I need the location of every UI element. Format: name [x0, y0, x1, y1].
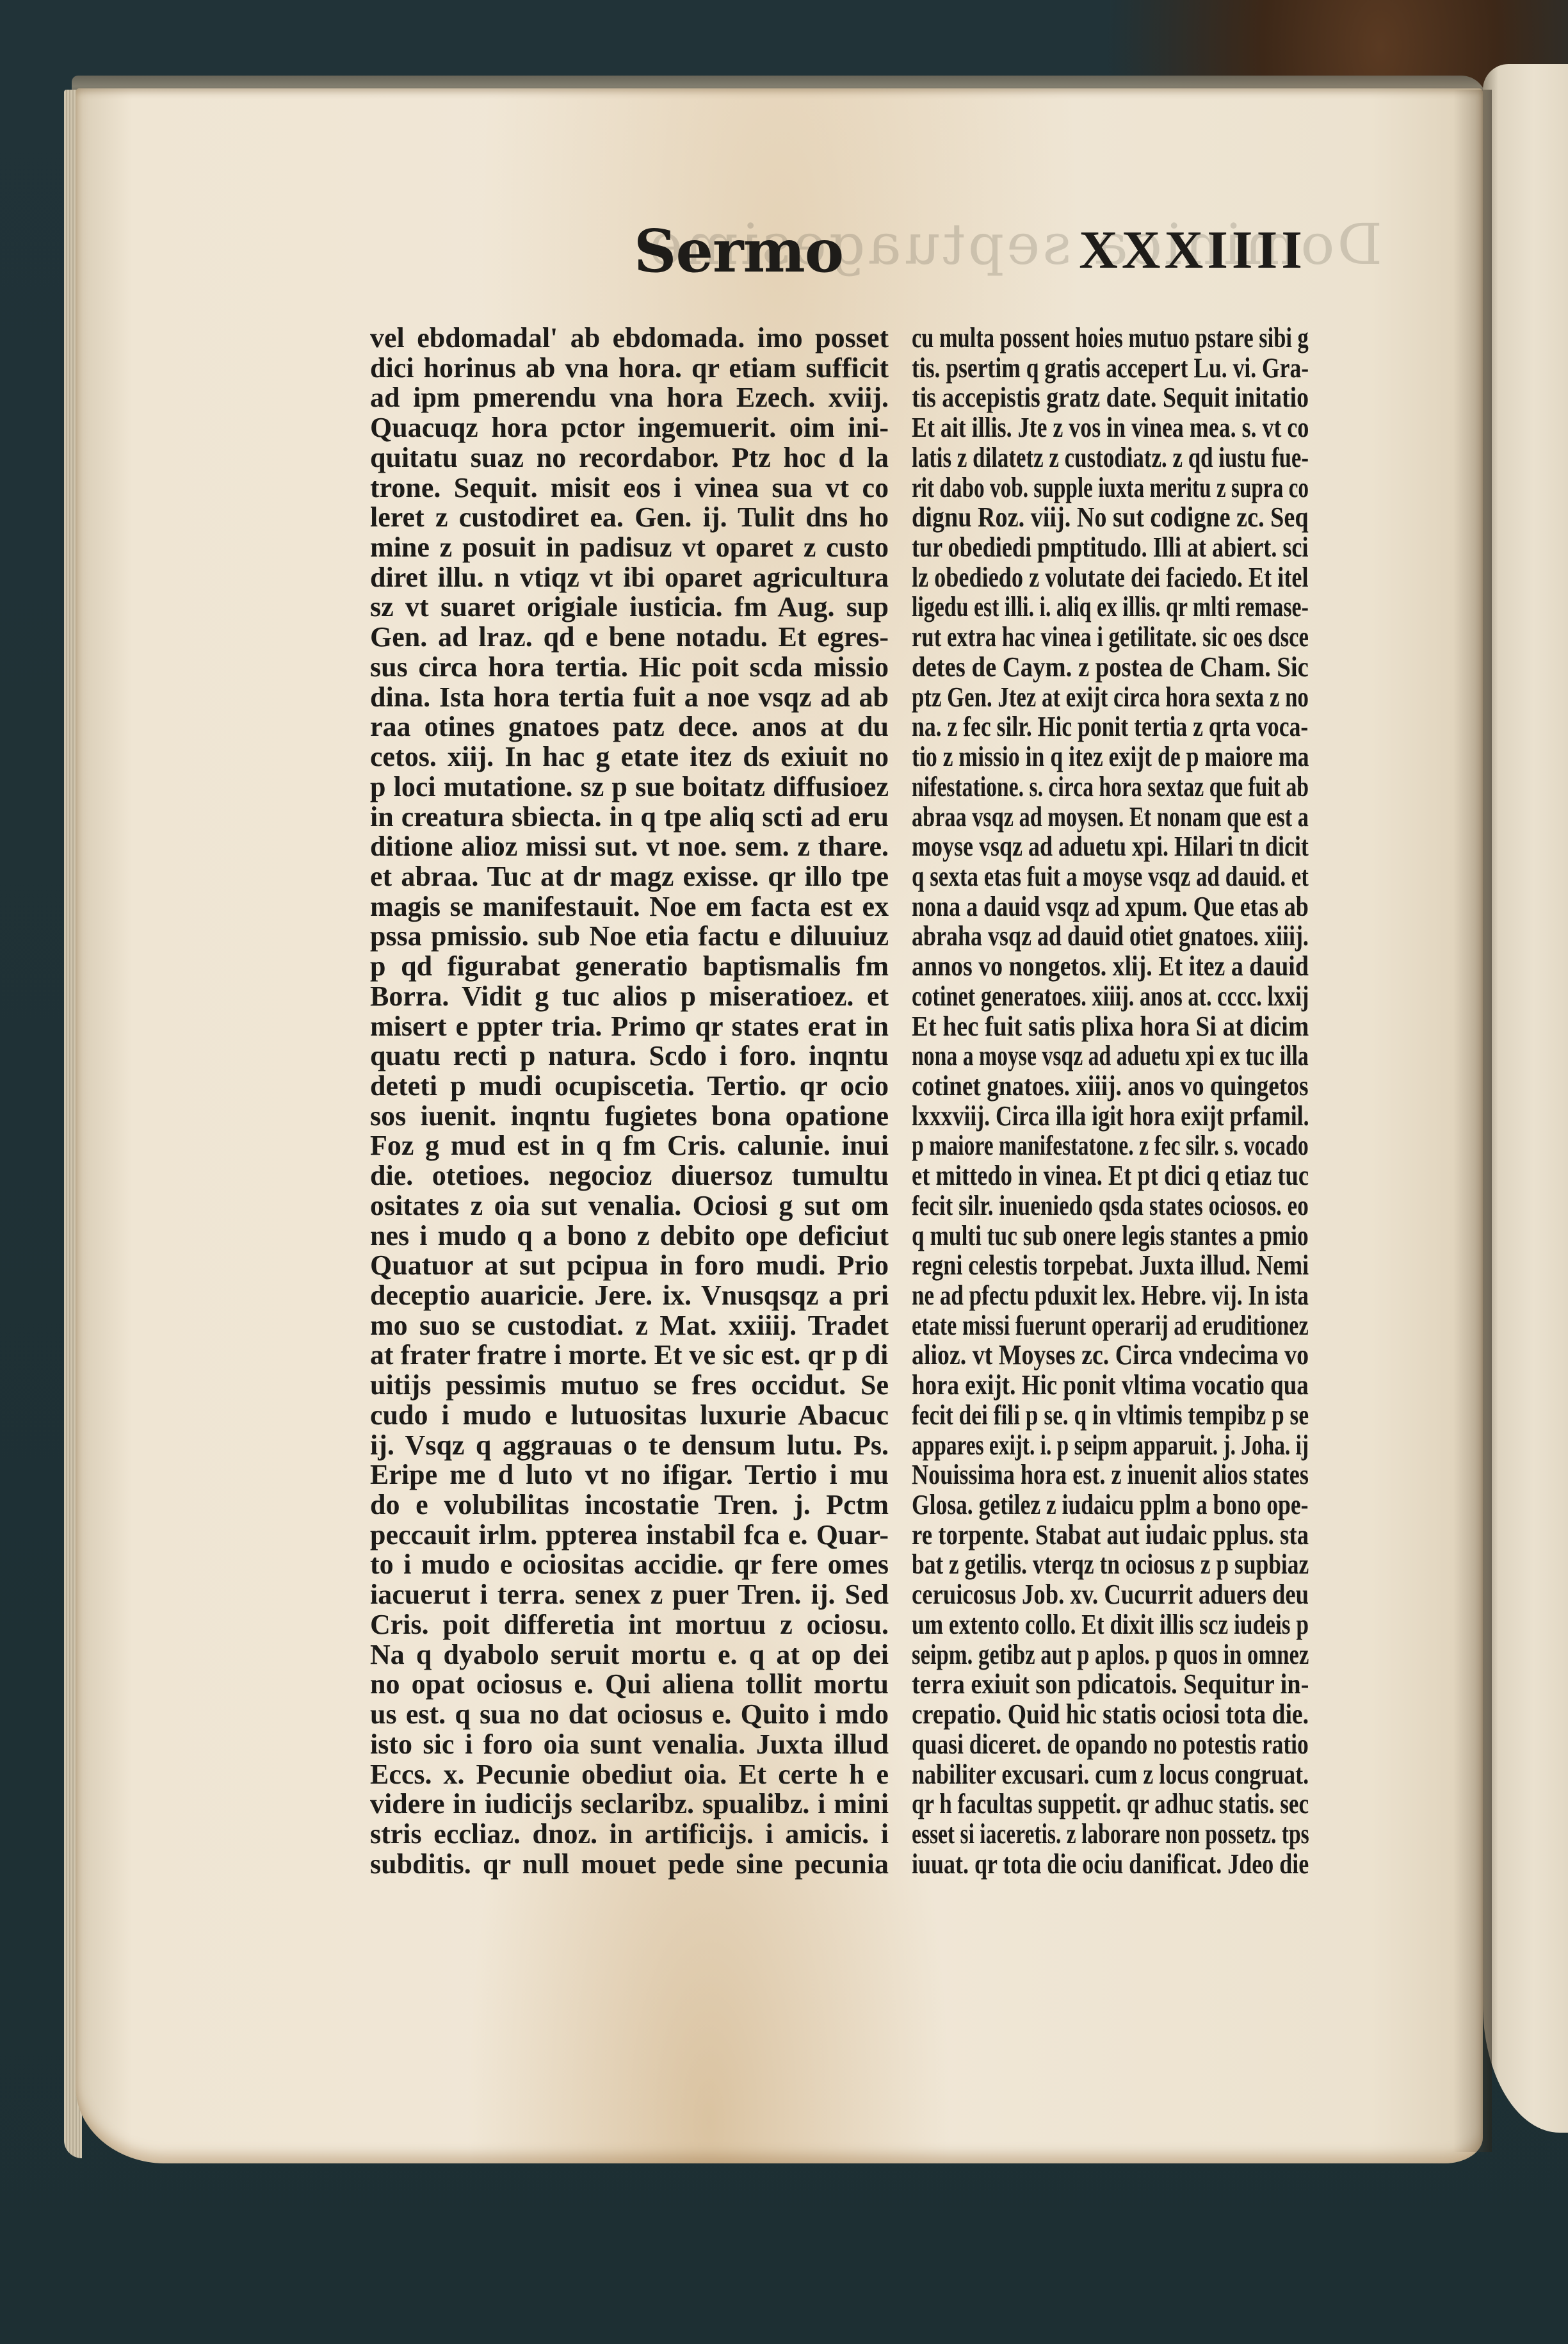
text-line: deteti p mudi ocupiscetia. Tertio. qr oc…	[370, 1071, 889, 1102]
text-line: p qd figurabat generatio baptismalis fm	[370, 952, 889, 982]
text-line: seipm. getibz aut p aplos. p quos in omn…	[912, 1640, 1225, 1670]
text-line: ptz Gen. Jtez at exijt circa hora sexta …	[912, 683, 1225, 713]
text-line: peccauit irlm. ppterea instabil fca e. Q…	[370, 1520, 889, 1550]
text-line: abraa vsqz ad moysen. Et nonam que est a	[912, 802, 1221, 833]
text-line: nona a moyse vsqz ad aduetu xpi ex tuc i…	[912, 1041, 1216, 1071]
text-line: iuuat. qr tota die ociu danificat. Jdeo …	[912, 1850, 1236, 1880]
text-line: nabiliter excusari. cum z locus congruat…	[912, 1760, 1236, 1790]
text-line: Quatuor at sut pcipua in foro mudi. Prio	[370, 1251, 889, 1281]
text-line: dignu Roz. viij. No sut codigne zc. Seq	[912, 503, 1256, 533]
text-line: mo suo se custodiat. z Mat. xxiiij. Trad…	[370, 1311, 889, 1341]
text-line: annos vo nongetos. xlij. Et itez a dauid	[912, 952, 1254, 982]
text-line: quatu recti p natura. Scdo i foro. inqnt…	[370, 1041, 889, 1071]
text-line: Foz g mud est in q fm Cris. calunie. inu…	[370, 1131, 889, 1161]
text-line: latis z dilatetz z custodiatz. z qd iust…	[912, 443, 1227, 473]
text-line: no opat ociosus e. Qui aliena tollit mor…	[370, 1670, 889, 1700]
text-line: ditione alioz missi sut. vt noe. sem. z …	[370, 832, 889, 862]
text-line: crepatio. Quid hic statis ociosi tota di…	[912, 1700, 1251, 1730]
text-line: nifestatione. s. circa hora sextaz que f…	[912, 772, 1216, 802]
text-line: esset si iaceretis. z laborare non posse…	[912, 1819, 1215, 1850]
text-line: ne ad pfectu pduxit lex. Hebre. vij. In …	[912, 1281, 1228, 1311]
text-line: videre in iudicijs seclaribz. spualibz. …	[370, 1789, 889, 1819]
text-line: stris eccliaz. dnoz. in artificijs. i am…	[370, 1819, 889, 1850]
text-line: uitijs pessimis mutuo se fres occidut. S…	[370, 1371, 889, 1401]
text-line: Borra. Vidit g tuc alios p miseratioez. …	[370, 982, 889, 1012]
running-head: Sermo XXXIIII	[634, 216, 1313, 287]
text-line: isto sic i foro oia sunt venalia. Juxta …	[370, 1730, 889, 1760]
text-line: diret illu. n vtiqz vt ibi oparet agricu…	[370, 563, 889, 593]
text-line: cetos. xiij. In hac g etate itez ds exiu…	[370, 742, 889, 772]
text-line: sos iuenit. inqntu fugietes bona opation…	[370, 1102, 889, 1132]
text-line: tis. psertim q gratis accepert Lu. vi. G…	[912, 354, 1233, 384]
text-line: hora exijt. Hic ponit vltima vocatio qua	[912, 1371, 1245, 1401]
text-line: pssa pmissio. sub Noe etia factu e diluu…	[370, 922, 889, 952]
text-line: us est. q sua no dat ociosus e. Quito i …	[370, 1700, 889, 1730]
text-line: raa otines gnatoes patz dece. anos at du	[370, 712, 889, 742]
text-line: p maiore manifestatone. z fec silr. s. v…	[912, 1131, 1216, 1161]
text-line: misert e ppter tria. Primo qr states era…	[370, 1012, 889, 1042]
text-line: to i mudo e ociositas accidie. qr fere o…	[370, 1550, 889, 1580]
text-line: re torpente. Stabat aut iudaic pplus. st…	[912, 1520, 1245, 1550]
text-line: lz obediedo z volutate dei faciedo. Et i…	[912, 563, 1238, 593]
text-line: ligedu est illi. i. aliq ex illis. qr ml…	[912, 592, 1217, 623]
facing-page-edge	[1483, 64, 1568, 2133]
text-line: ij. Vsqz q aggrauas o te densum lutu. Ps…	[370, 1431, 889, 1461]
text-line: sz vt suaret origiale iusticia. fm Aug. …	[370, 592, 889, 623]
text-line: bat z getilis. vterqz tn ociosus z p sup…	[912, 1550, 1231, 1580]
text-line: Gen. ad lraz. qd e bene notadu. Et egres…	[370, 623, 889, 653]
text-line: um extento collo. Et dixit illis scz iud…	[912, 1610, 1231, 1640]
text-line: p loci mutatione. sz p sue boitatz diffu…	[370, 772, 889, 802]
text-line: Eripe me d luto vt no ifigar. Tertio i m…	[370, 1460, 889, 1490]
text-line: Quacuqz hora pctor ingemuerit. oim ini-	[370, 413, 889, 443]
text-line: terra exiuit son pdicatois. Sequitur in-	[912, 1670, 1257, 1700]
text-line: magis se manifestauit. Noe em facta est …	[370, 892, 889, 922]
text-line: fecit dei fili p se. q in vltimis tempib…	[912, 1401, 1231, 1431]
text-line: subditis. qr null mouet pede sine pecuni…	[370, 1850, 889, 1880]
running-head-title: Sermo	[634, 216, 843, 286]
text-line: dici horinus ab vna hora. qr etiam suffi…	[370, 354, 889, 384]
text-line: lxxxviij. Circa illa igit hora exijt prf…	[912, 1102, 1234, 1132]
text-line: at frater fratre i morte. Et ve sic est.…	[370, 1340, 887, 1371]
text-line: alioz. vt Moyses zc. Circa vndecima vo	[912, 1340, 1254, 1371]
text-line: ceruicosus Job. xv. Cucurrit aduers deu	[912, 1580, 1242, 1610]
text-line: Eccs. x. Pecunie obediut oia. Et certe h…	[370, 1760, 889, 1790]
text-line: appares exijt. i. p seipm apparuit. j. J…	[912, 1431, 1213, 1461]
text-line: nona a dauid vsqz ad xpum. Que etas ab	[912, 892, 1237, 922]
text-line: tur obediedi pmptitudo. Illi at abiert. …	[912, 533, 1238, 563]
text-line: Cris. poit differetia int mortuu z ocios…	[370, 1610, 889, 1640]
text-line: quitatu suaz no recordabor. Ptz hoc d la	[370, 443, 889, 473]
text-line: fecit silr. inueniedo qsda states ocioso…	[912, 1191, 1229, 1221]
text-line: iacuerut i terra. senex z puer Tren. ij.…	[370, 1580, 889, 1610]
text-line: qr h facultas suppetit. qr adhuc statis.…	[912, 1789, 1229, 1819]
text-line: ad ipm pmerendu vna hora Ezech. xviij.	[370, 383, 889, 413]
folio-number: XXXIIII	[1079, 219, 1306, 281]
text-line: nes i mudo q a bono z debito ope deficiu…	[370, 1221, 889, 1251]
text-line: moyse vsqz ad aduetu xpi. Hilari tn dici…	[912, 832, 1236, 862]
text-column-right: cu multa possent hoies mutuo pstare sibi…	[912, 323, 1309, 1879]
text-line: etate missi fuerunt operarij ad eruditio…	[912, 1311, 1221, 1341]
text-line: deceptio auaricie. Jere. ix. Vnusqsqz a …	[370, 1281, 889, 1311]
text-line: leret z custodiret ea. Gen. ij. Tulit dn…	[370, 503, 889, 533]
text-line: cotinet gnatoes. xiiij. anos vo quingeto…	[912, 1071, 1249, 1102]
text-line: detes de Caym. z postea de Cham. Sic	[912, 653, 1261, 683]
text-line: die. otetioes. negocioz diuersoz tumultu	[370, 1161, 889, 1191]
text-line: et mittedo in vinea. Et pt dici q etiaz …	[912, 1161, 1241, 1191]
text-line: trone. Sequit. misit eos i vinea sua vt …	[370, 473, 889, 503]
text-line: in creatura sbiecta. in q tpe aliq scti …	[370, 802, 889, 833]
text-line: mine z posuit in padisuz vt oparet z cus…	[370, 533, 889, 563]
text-line: dina. Ista hora tertia fuit a noe vsqz a…	[370, 683, 889, 713]
text-line: vel ebdomadal' ab ebdomada. imo posset	[370, 323, 889, 354]
text-line: q sexta etas fuit a moyse vsqz ad dauid.…	[912, 862, 1227, 892]
gutter-shadow	[1453, 90, 1492, 2152]
text-line: cudo i mudo e lutuositas luxurie Abacuc	[370, 1401, 889, 1431]
text-line: cu multa possent hoies mutuo pstare sibi…	[912, 323, 1222, 354]
text-line: abraha vsqz ad dauid otiet gnatoes. xiii…	[912, 922, 1236, 952]
text-line: q multi tuc sub onere legis stantes a pm…	[912, 1221, 1231, 1251]
text-line: cotinet generatoes. xiiij. anos at. cccc…	[912, 982, 1222, 1012]
text-line: et abraa. Tuc at dr magz exisse. qr illo…	[370, 862, 889, 892]
text-line: Nouissima hora est. z inuenit alios stat…	[912, 1460, 1238, 1490]
text-line: regni celestis torpebat. Juxta illud. Ne…	[912, 1251, 1236, 1281]
text-line: tio z missio in q itez exijt de p maiore…	[912, 742, 1234, 772]
text-column-left: vel ebdomadal' ab ebdomada. imo possetdi…	[370, 323, 889, 1879]
text-line: quasi diceret. de opando no potestis rat…	[912, 1730, 1232, 1760]
text-line: do e volubilitas incostatie Tren. j. Pct…	[370, 1490, 889, 1520]
text-line: Na q dyabolo seruit mortu e. q at op dei	[370, 1640, 889, 1670]
text-line: tis accepistis gratz date. Sequit initat…	[912, 383, 1253, 413]
text-line: rut extra hac vinea i getilitate. sic oe…	[912, 623, 1225, 653]
text-line: Et hec fuit satis plixa hora Si at dicim	[912, 1012, 1261, 1042]
text-line: ositates z oia sut venalia. Ociosi g sut…	[370, 1191, 889, 1221]
text-line: na. z fec silr. Hic ponit tertia z qrta …	[912, 712, 1233, 742]
text-line: rit dabo vob. supple iuxta meritu z supr…	[912, 473, 1212, 503]
text-line: Glosa. getilez z iudaicu pplm a bono ope…	[912, 1490, 1232, 1520]
text-line: Et ait illis. Jte z vos in vinea mea. s.…	[912, 413, 1236, 443]
text-line: sus circa hora tertia. Hic poit scda mis…	[370, 653, 889, 683]
